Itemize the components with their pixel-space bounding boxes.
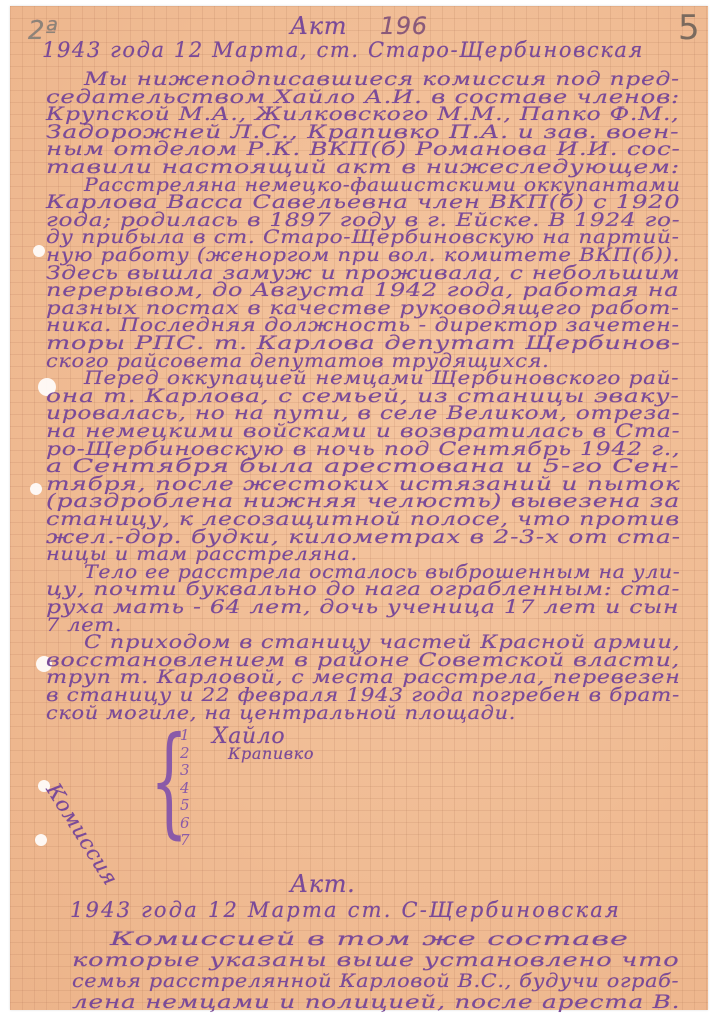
act1-dateline: 1943 года 12 Марта, ст. Старо-Щербиновск… bbox=[42, 40, 644, 61]
signature-number: 5 bbox=[180, 796, 190, 814]
signature-number: 3 bbox=[180, 761, 190, 779]
punch-hole bbox=[33, 245, 45, 257]
act1-line: руха мать - 64 лет, дочь ученица 17 лет … bbox=[46, 598, 679, 617]
punch-hole bbox=[35, 834, 47, 846]
act2-dateline: 1943 года 12 Марта ст. С-Щербиновская bbox=[70, 900, 621, 921]
signature-number: 7 bbox=[180, 831, 190, 849]
act2-line: Комиссией в том же составе bbox=[110, 930, 629, 949]
archive-number: 196 bbox=[380, 14, 428, 38]
signature-number: 6 bbox=[180, 814, 190, 832]
page-number: 5 bbox=[678, 8, 700, 48]
act2-line: семья расстрелянной Карловой В.С., будуч… bbox=[72, 972, 679, 991]
signature-2: Крапивко bbox=[228, 746, 314, 762]
signature-number: 1 bbox=[180, 726, 190, 744]
act1-title: Акт bbox=[290, 14, 347, 38]
act2-line: лена немцами и полицией, после ареста В. bbox=[72, 993, 680, 1012]
act2-title: Акт. bbox=[290, 872, 355, 896]
signature-number: 4 bbox=[180, 779, 190, 797]
punch-hole bbox=[30, 483, 42, 495]
signature-number: 2 bbox=[180, 744, 190, 762]
act1-line: ской могиле, на центральной площади. bbox=[46, 704, 516, 723]
act2-line: которые указаны выше установлено что bbox=[72, 951, 679, 970]
